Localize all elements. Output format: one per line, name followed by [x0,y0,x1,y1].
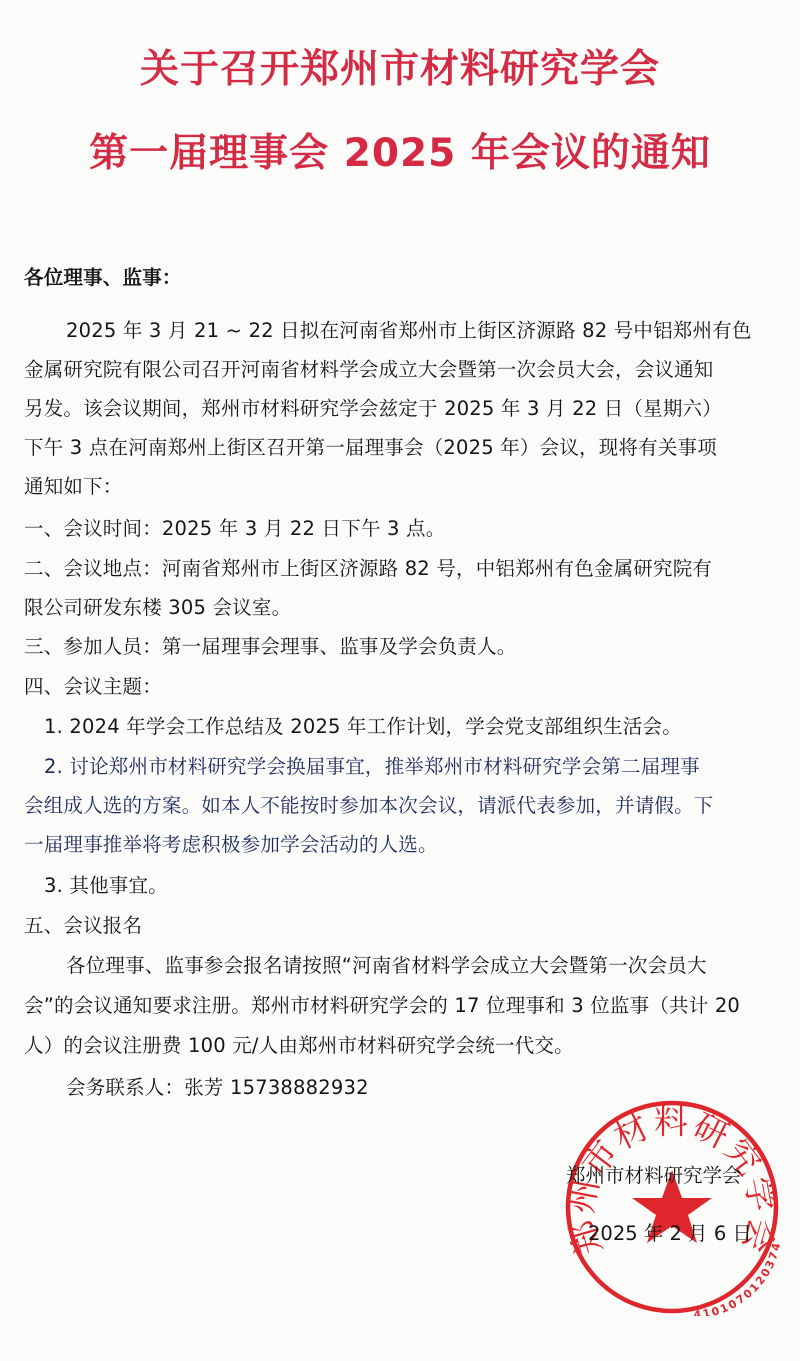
salutation: 各位理事、监事： [24,264,784,292]
document-title-line-2: 第一届理事会 2025 年会议的通知 [0,122,800,178]
section-time: 一、会议时间：2025 年 3 月 22 日下午 3 点。 [24,515,784,543]
registration-line-3: 人）的会议注册费 100 元/人由郑州市材料研究学会统一代交。 [24,1032,784,1060]
document-title-line-1: 关于召开郑州市材料研究学会 [0,38,800,94]
section-place-line-2: 限公司研发东楼 305 会议室。 [24,594,784,622]
registration-line-2: 会”的会议通知要求注册。郑州市材料研究学会的 17 位理事和 3 位监事（共计 … [24,992,784,1020]
section-topics-heading: 四、会议主题： [24,673,784,701]
intro-line-1: 2025 年 3 月 21 ~ 22 日拟在河南省郑州市上街区济源路 82 号中… [66,317,784,345]
intro-line-4: 下午 3 点在河南郑州上街区召开第一届理事会（2025 年）会议，现将有关事项 [24,434,784,462]
section-registration-heading: 五、会议报名 [24,912,784,940]
registration-line-1: 各位理事、监事参会报名请按照“河南省材料学会成立大会暨第一次会员大 [66,952,784,980]
topic-2-line-2: 会组成人选的方案。如本人不能按时参加本次会议，请派代表参加，并请假。下 [24,792,784,820]
topic-1: 1. 2024 年学会工作总结及 2025 年工作计划，学会党支部组织生活会。 [44,713,784,741]
topic-2-line-3: 一届理事推举将考虑积极参加学会活动的人选。 [24,831,784,859]
intro-line-5: 通知如下： [24,473,784,501]
signature-organization: 郑州市材料研究学会 [566,1160,742,1188]
intro-line-3: 另发。该会议期间，郑州市材料研究学会兹定于 2025 年 3 月 22 日（星期… [24,395,784,423]
section-attendees: 三、参加人员：第一届理事会理事、监事及学会负责人。 [24,633,784,661]
official-seal-icon: 郑州市材料研究学会 4101070120374 [563,1098,781,1316]
topic-3: 3. 其他事宜。 [44,872,784,900]
topic-2-line-1: 2. 讨论郑州市材料研究学会换届事宜，推举郑州市材料研究学会第二届理事 [44,753,784,781]
section-place-line-1: 二、会议地点：河南省郑州市上街区济源路 82 号，中铝郑州有色金属研究院有 [24,555,784,583]
signature-date: 2025 年 2 月 6 日 [588,1218,752,1246]
intro-line-2: 金属研究院有限公司召开河南省材料学会成立大会暨第一次会员大会，会议通知 [24,356,784,384]
